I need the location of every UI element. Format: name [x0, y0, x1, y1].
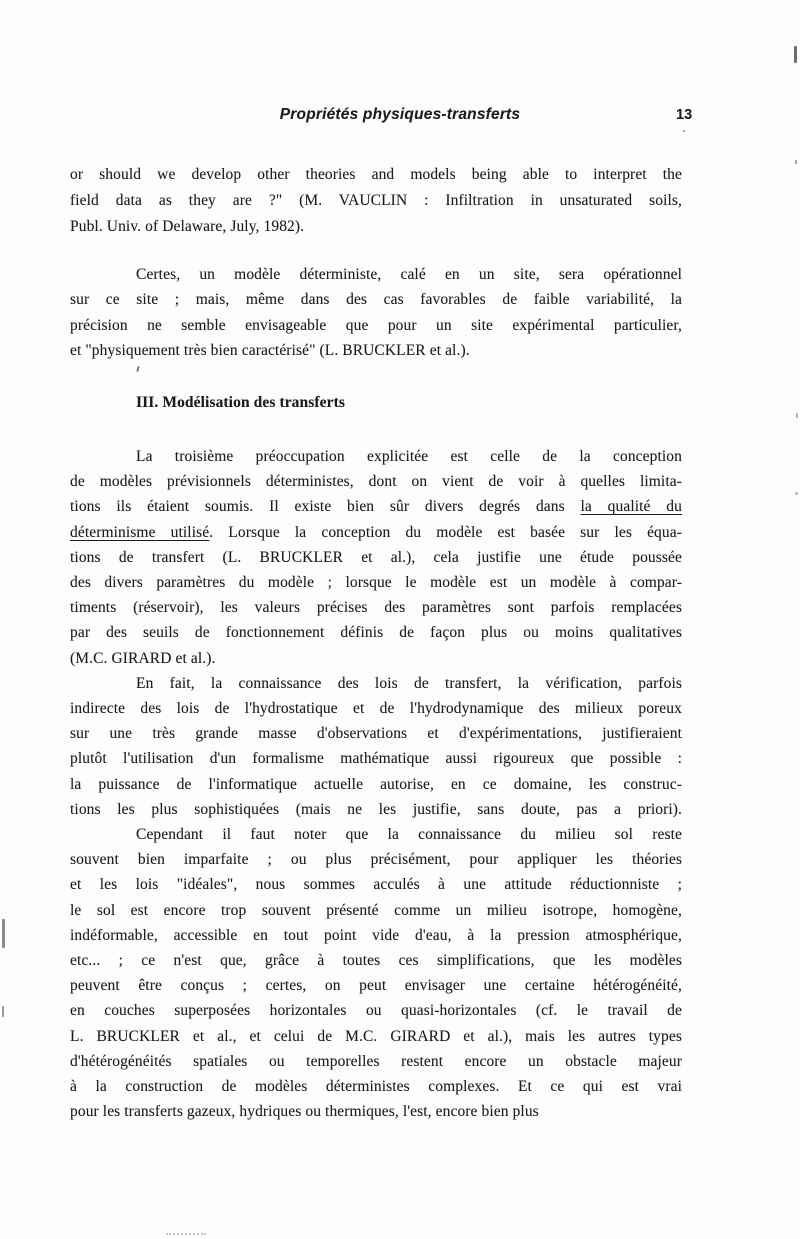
scan-artifact: [136, 366, 140, 372]
text-line: en couches superposées horizontales ou q…: [70, 998, 682, 1023]
scan-artifact: [683, 130, 685, 132]
paragraph-cependant: Cependant il faut noter que la connaissa…: [70, 822, 682, 1124]
scanned-document-page: Propriétés physiques-transferts 13 or sh…: [0, 0, 800, 1239]
text-line: tions de transfert (L. BRUCKLER et al.),…: [70, 545, 682, 570]
text-line: à la construction de modèles déterminist…: [70, 1074, 682, 1099]
text-line: Cependant il faut noter que la connaissa…: [70, 822, 682, 847]
text-segment: tions ils étaient soumis. Il existe bien…: [70, 498, 581, 515]
text-line: field data as they are ?" (M. VAUCLIN : …: [70, 188, 682, 214]
paragraph-troisieme: La troisième préoccupation explicitée es…: [70, 444, 682, 671]
underlined-text: déterminisme utilisé: [70, 524, 209, 541]
scan-artifact: [794, 46, 797, 63]
scan-artifact: [796, 413, 798, 418]
text-line: La troisième préoccupation explicitée es…: [70, 444, 682, 469]
text-line: la puissance de l'informatique actuelle …: [70, 772, 682, 797]
text-line: d'hétérogénéités spatiales ou temporelle…: [70, 1049, 682, 1074]
scan-artifact: [2, 1006, 4, 1017]
scan-artifact: [2, 919, 5, 948]
main-text-block: La troisième préoccupation explicitée es…: [70, 444, 682, 1124]
text-line: (M.C. GIRARD et al.).: [70, 646, 682, 671]
text-line: indirecte des lois de l'hydrostatique et…: [70, 696, 682, 721]
scan-artifact: [795, 160, 797, 164]
section-heading: III. Modélisation des transferts: [70, 392, 682, 414]
text-line: Certes, un modèle déterministe, calé en …: [70, 262, 682, 287]
text-line: sur ce site ; mais, même dans des cas fa…: [70, 287, 682, 312]
text-line: par des seuils de fonctionnement définis…: [70, 620, 682, 645]
text-line: tions ils étaient soumis. Il existe bien…: [70, 494, 682, 519]
underlined-text: la qualité du: [581, 498, 682, 515]
text-line: plutôt l'utilisation d'un formalisme mat…: [70, 746, 682, 771]
paragraph-en-fait: En fait, la connaissance des lois de tra…: [70, 671, 682, 822]
text-segment: . Lorsque la conception du modèle est ba…: [209, 524, 682, 541]
text-line: En fait, la connaissance des lois de tra…: [70, 671, 682, 696]
text-line: tions les plus sophistiquées (mais ne le…: [70, 797, 682, 822]
text-line: le sol est encore trop souvent présenté …: [70, 898, 682, 923]
text-line: pour les transferts gazeux, hydriques ou…: [70, 1099, 682, 1124]
text-line: sur une très grande masse d'observations…: [70, 721, 682, 746]
scan-artifact: [795, 492, 798, 495]
text-line: et "physiquement très bien caractérisé" …: [70, 338, 682, 363]
text-line: etc... ; ce n'est que, grâce à toutes ce…: [70, 948, 682, 973]
page-number: 13: [676, 107, 692, 123]
text-line: des divers paramètres du modèle ; lorsqu…: [70, 570, 682, 595]
paragraph-english-quote: or should we develop other theories and …: [70, 162, 682, 240]
text-line: Publ. Univ. of Delaware, July, 1982).: [70, 214, 682, 240]
text-line: déterminisme utilisé. Lorsque la concept…: [70, 520, 682, 545]
paragraph-certes: Certes, un modèle déterministe, calé en …: [70, 262, 682, 364]
text-line: timents (réservoir), les valeurs précise…: [70, 595, 682, 620]
text-line: et les lois "idéales", nous sommes accul…: [70, 872, 682, 897]
scan-artifact: [166, 1233, 206, 1235]
text-line: or should we develop other theories and …: [70, 162, 682, 188]
text-line: précision ne semble envisageable que pou…: [70, 313, 682, 338]
text-line: de modèles prévisionnels déterministes, …: [70, 469, 682, 494]
text-line: L. BRUCKLER et al., et celui de M.C. GIR…: [70, 1024, 682, 1049]
text-line: indéformable, accessible en tout point v…: [70, 923, 682, 948]
text-line: souvent bien imparfaite ; ou plus précis…: [70, 847, 682, 872]
text-line: peuvent être conçus ; certes, on peut en…: [70, 973, 682, 998]
